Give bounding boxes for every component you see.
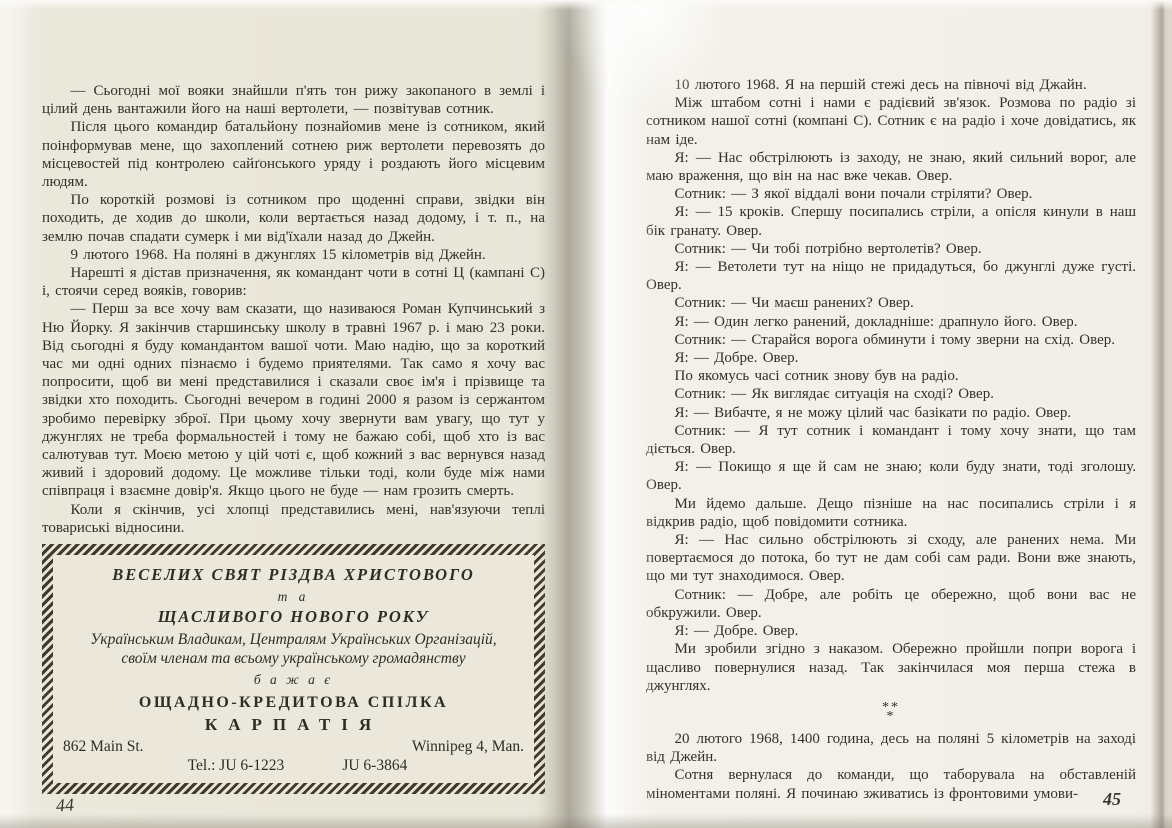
paragraph: Я: — Нас сильно обстрілюють зі сходу, ал… (646, 531, 1136, 586)
paragraph: Сотник: — Як виглядає ситуація на сході?… (646, 385, 1136, 403)
ad-phone-row: Tel.: JU 6-1223 JU 6-3864 (65, 757, 530, 775)
asterisk-section-separator: ** * (646, 703, 1136, 721)
paragraph: Сотник: — Старайся ворога обминути і том… (646, 331, 1136, 349)
paragraph: Сотня вернулася до команди, що таборувал… (646, 766, 1136, 802)
paragraph: 10 лютого 1968. Я на першій стежі десь н… (646, 76, 1136, 94)
paragraph: Сотник: — Чи маєш ранених? Овер. (646, 294, 1136, 312)
paragraph: — Перш за все хочу вам сказати, що назив… (42, 300, 545, 500)
paragraph: Сотник: — Добре, але робіть це обережно,… (646, 586, 1136, 622)
ad-city-address: Winnipeg 4, Man. (412, 738, 524, 756)
ad-address-row: 862 Main St. Winnipeg 4, Man. (63, 738, 524, 756)
paragraph: Сотник: — Я тут сотник і командант і том… (646, 422, 1136, 458)
paragraph: Я: — Вибачте, я не можу цілий час базіка… (646, 404, 1136, 422)
paragraph: Після цього командир батальйону познайом… (42, 118, 545, 191)
ad-greeting-line: ВЕСЕЛИХ СВЯТ РІЗДВА ХРИСТОВОГО (61, 566, 526, 584)
paragraph: Ми зробили згідно з наказом. Обережно пр… (646, 640, 1136, 695)
paragraph: 20 лютого 1968, 1400 година, десь на пол… (646, 730, 1136, 766)
paragraph: Я: — Один легко ранений, докладніше: дра… (646, 313, 1136, 331)
left-page: — Сьогодні мої вояки знайшли п'ять тон р… (42, 82, 545, 794)
paragraph: По короткій розмові із сотником про щоде… (42, 191, 545, 246)
paragraph: Між штабом сотні і нами є радієвий зв'яз… (646, 94, 1136, 149)
ad-connector-text: т а (61, 588, 526, 606)
paragraph: Я: — Добре. Овер. (646, 622, 1136, 640)
paragraph: 9 лютого 1968. На поляні в джунглях 15 к… (42, 246, 545, 264)
paragraph: Сотник: — Чи тобі потрібно вертолетів? О… (646, 240, 1136, 258)
book-scan-spread: { "left_page": { "page_number": "44", "p… (0, 0, 1172, 828)
advertisement-box: ВЕСЕЛИХ СВЯТ РІЗДВА ХРИСТОВОГО т а ЩАСЛИ… (42, 544, 545, 794)
ad-wishes-text: б а ж а є (61, 671, 526, 689)
ad-phone-number: JU 6-3864 (342, 757, 407, 775)
ad-phone-number: Tel.: JU 6-1223 (188, 757, 285, 775)
separator-bottom-asterisk: * (646, 712, 1136, 721)
paragraph: Сотник: — З якої віддалі вони почали стр… (646, 185, 1136, 203)
paragraph: Я: — 15 кроків. Спершу посипались стріли… (646, 203, 1136, 239)
page-number-left: 44 (55, 794, 74, 816)
ad-brand-name: КАРПАТІЯ (61, 716, 526, 734)
ad-company-name: ОЩАДНО-КРЕДИТОВА СПІЛКА (61, 694, 526, 712)
ad-recipients-line: своїм членам та всьому українському гром… (61, 650, 526, 668)
ad-street-address: 862 Main St. (63, 738, 144, 756)
ad-recipients-line: Українським Владикам, Централям Українсь… (61, 631, 526, 649)
paragraph: Ми йдемо дальше. Дещо пізніше на нас пос… (646, 495, 1136, 531)
page-number-right: 45 (1103, 789, 1121, 810)
paragraph: Коли я скінчив, усі хлопці представились… (42, 501, 545, 537)
paragraph: Я: — Ветолети тут на ніщо не придадуться… (646, 258, 1136, 294)
paragraph: Я: — Покищо я ще й сам не знаю; коли буд… (646, 458, 1136, 494)
paragraph: Я: — Нас обстрілюють із заходу, не знаю,… (646, 149, 1136, 185)
ad-greeting-line: ЩАСЛИВОГО НОВОГО РОКУ (61, 608, 526, 626)
paragraph: По якомусь часі сотник знову був на раді… (646, 367, 1136, 385)
paragraph: Нарешті я дістав призначення, як команда… (42, 264, 545, 300)
right-page: 10 лютого 1968. Я на першій стежі десь н… (646, 76, 1136, 803)
paragraph: Я: — Добре. Овер. (646, 349, 1136, 367)
paragraph: — Сьогодні мої вояки знайшли п'ять тон р… (42, 82, 545, 118)
